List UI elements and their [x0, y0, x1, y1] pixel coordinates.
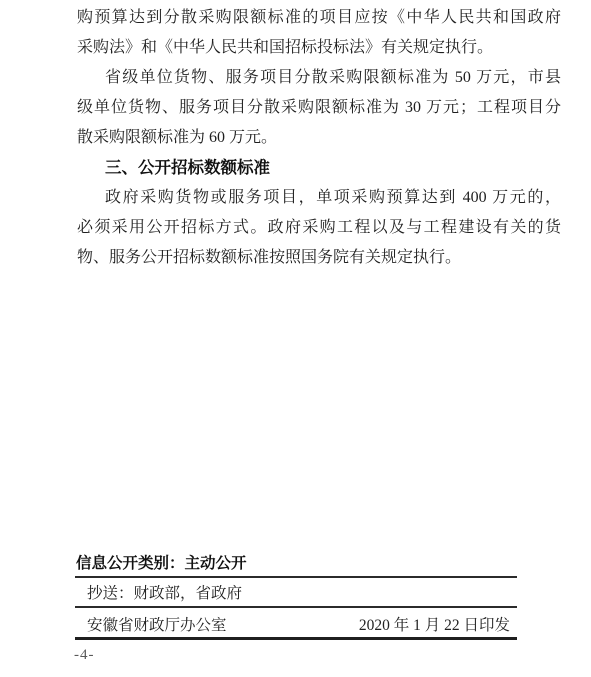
- body-text-line: 散采购限额标准为 60 万元。: [77, 123, 561, 153]
- body-text-line: 省级单位货物、服务项目分散采购限额标准为 50 万元，市县: [77, 63, 561, 93]
- body-text-line: 购预算达到分散采购限额标准的项目应按《中华人民共和国政府: [77, 3, 561, 33]
- colophon-divider-middle: [75, 606, 517, 608]
- print-date: 2020 年 1 月 22 日印发: [359, 616, 510, 635]
- body-text-line: 必须采用公开招标方式。政府采购工程以及与工程建设有关的货: [77, 213, 561, 243]
- issuing-office: 安徽省财政厅办公室: [87, 616, 227, 635]
- issuer-row: 安徽省财政厅办公室 2020 年 1 月 22 日印发: [87, 616, 510, 635]
- body-text-line: 级单位货物、服务项目分散采购限额标准为 30 万元；工程项目分: [77, 93, 561, 123]
- document-page: 购预算达到分散采购限额标准的项目应按《中华人民共和国政府 采购法》和《中华人民共…: [0, 0, 591, 677]
- section-heading: 三、公开招标数额标准: [77, 153, 561, 183]
- body-text-line: 政府采购货物或服务项目，单项采购预算达到 400 万元的，: [77, 183, 561, 213]
- page-number: -4-: [74, 646, 95, 664]
- body-text-line: 物、服务公开招标数额标准按照国务院有关规定执行。: [77, 243, 561, 273]
- colophon-divider-top: [75, 576, 517, 578]
- body-text-line: 采购法》和《中华人民共和国招标投标法》有关规定执行。: [77, 33, 561, 63]
- cc-line: 抄送：财政部，省政府: [87, 584, 242, 603]
- document-body: 购预算达到分散采购限额标准的项目应按《中华人民共和国政府 采购法》和《中华人民共…: [77, 3, 561, 273]
- info-disclosure-class: 信息公开类别：主动公开: [76, 554, 247, 573]
- colophon-divider-bottom: [75, 637, 517, 640]
